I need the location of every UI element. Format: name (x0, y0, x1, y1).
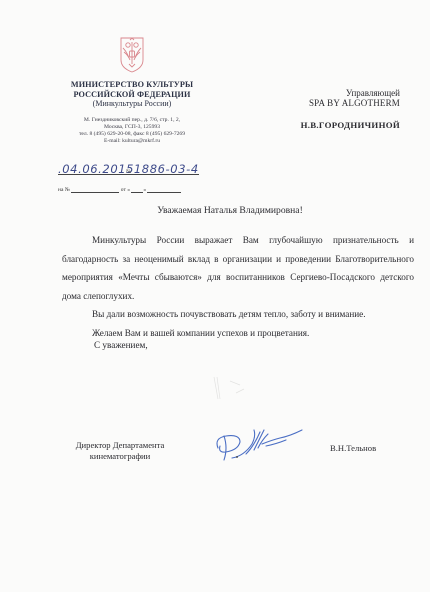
greeting: Уважаемая Наталья Владимировна! (0, 205, 430, 216)
signer-title-line2: кинематографии (60, 451, 180, 462)
letter-page: МИНИСТЕРСТВО КУЛЬТУРЫ РОССИЙСКОЙ ФЕДЕРАЦ… (0, 0, 430, 592)
letterhead: МИНИСТЕРСТВО КУЛЬТУРЫ РОССИЙСКОЙ ФЕДЕРАЦ… (52, 34, 212, 145)
russian-coat-of-arms-icon (117, 34, 147, 74)
closing-phrase: С уважением, (94, 340, 148, 350)
phone-fax-line: тел. 8 (495) 629-20-08, факс 8 (495) 629… (52, 131, 212, 138)
address-line: М. Гнездниковский пер., д. 7/6, стр. 1, … (52, 117, 212, 124)
from-label: от « (121, 187, 130, 193)
email-line: E-mail: kultura@mkrf.ru (52, 138, 212, 145)
from-mid: » (143, 187, 146, 193)
reply-number-blank (71, 186, 119, 193)
body-paragraph: Минкультуры России выражает Вам глубочай… (62, 231, 414, 305)
ministry-name-line1: МИНИСТЕРСТВО КУЛЬТУРЫ (52, 80, 212, 90)
signer-title: Директор Департамента кинематографии (60, 440, 180, 462)
addressee-position: Управляющей (301, 88, 400, 98)
reference-underline (58, 174, 199, 175)
body-paragraph: Вы дали возможность почувствовать детям … (62, 305, 414, 324)
reply-month-blank (147, 186, 181, 193)
scan-artifact (210, 375, 260, 405)
addressee-name: Н.В.ГОРОДНИЧИНОЙ (301, 120, 400, 130)
letter-body: Минкультуры России выражает Вам глубочай… (62, 231, 414, 342)
ministry-short-name: (Минкультуры России) (52, 99, 212, 109)
ministry-address: М. Гнездниковский пер., д. 7/6, стр. 1, … (52, 117, 212, 145)
address-line: Москва, ГСП-3, 125993 (52, 124, 212, 131)
outgoing-reference: .04.06.2015№1886-03-4 (58, 162, 199, 176)
reply-to-label: на № (58, 187, 70, 193)
reply-reference: на № от « » (58, 186, 181, 193)
signer-name: В.Н.Тельнов (330, 443, 376, 453)
ministry-name-line2: РОССИЙСКОЙ ФЕДЕРАЦИИ (52, 90, 212, 100)
signer-title-line1: Директор Департамента (60, 440, 180, 451)
addressee-company: SPA BY ALGOTHERM (301, 98, 400, 108)
addressee-block: Управляющей SPA BY ALGOTHERM Н.В.ГОРОДНИ… (301, 88, 400, 130)
reply-day-blank (131, 186, 143, 193)
handwritten-signature-icon (210, 420, 310, 470)
